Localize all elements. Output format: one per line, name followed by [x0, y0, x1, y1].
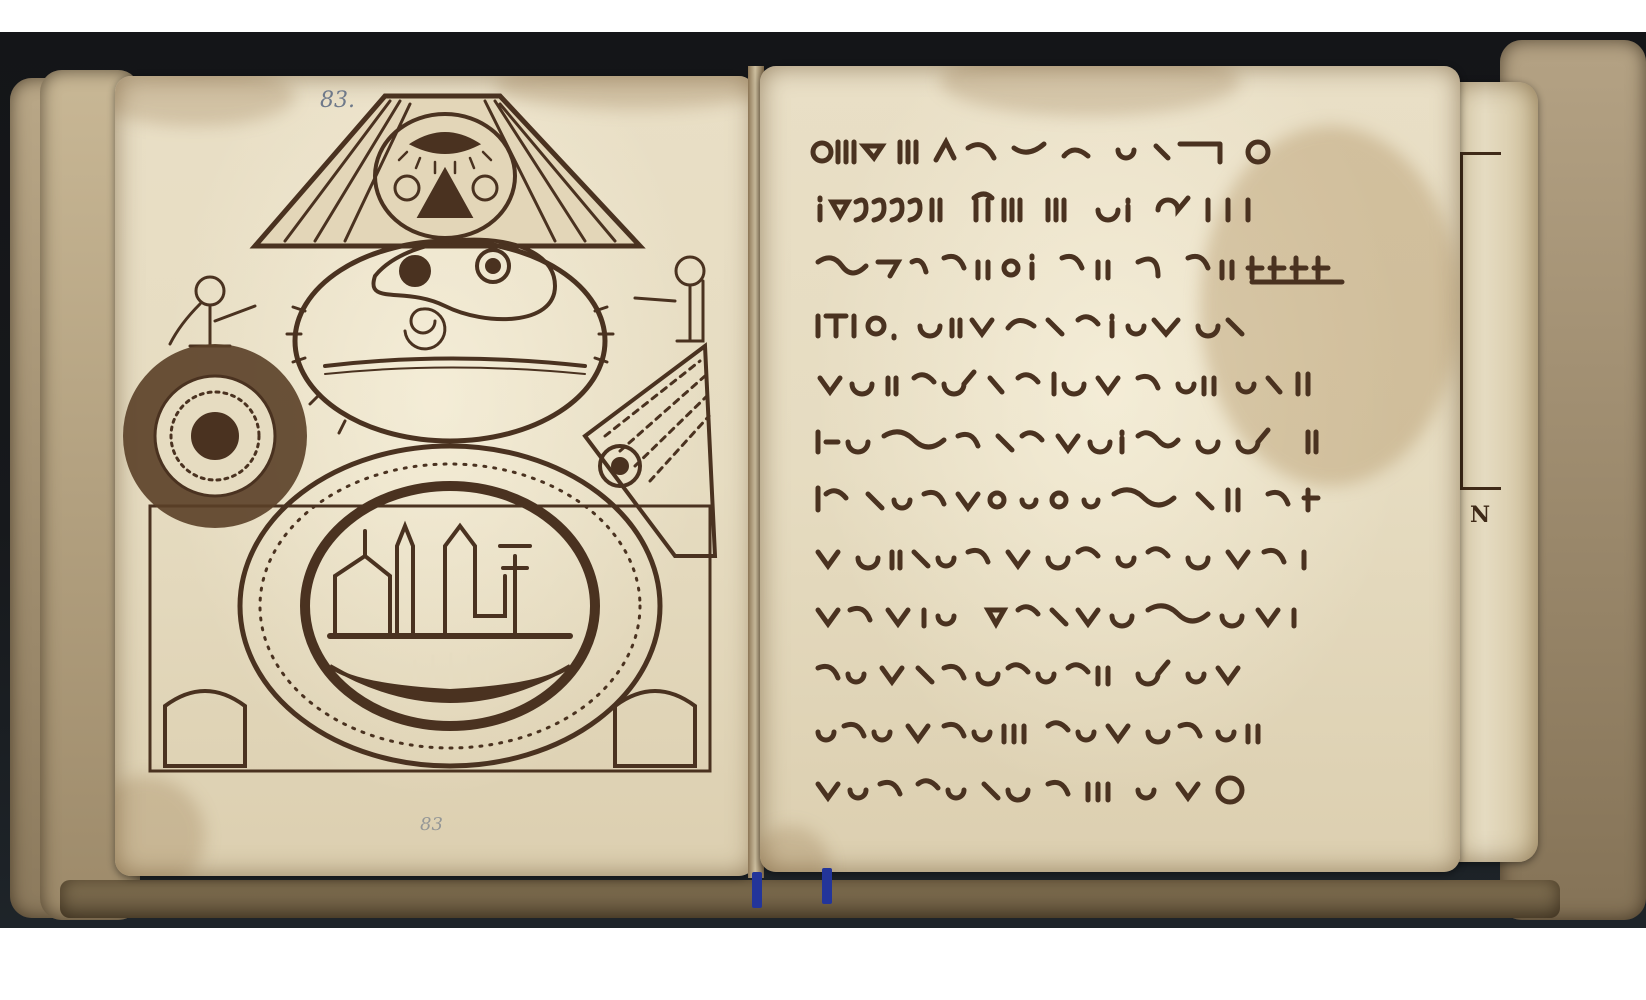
binding-thread: [822, 868, 832, 904]
cipher-line: [808, 416, 1368, 474]
corner-panel-right: [615, 691, 695, 766]
cipher-line: [808, 764, 1368, 822]
figure-left-icon: [170, 277, 255, 346]
cipher-line: [808, 184, 1368, 242]
canopy-with-eye-icon: [255, 96, 640, 246]
underlying-page-sliver: N: [1450, 82, 1538, 862]
cipher-line: [808, 242, 1368, 300]
cipher-line: [808, 358, 1368, 416]
oval-with-sun-and-spiral-icon: [287, 240, 613, 441]
water-stain: [940, 66, 1240, 116]
cipher-line: [808, 706, 1368, 764]
figure-right-icon: [635, 257, 704, 341]
margin-glyph: N: [1470, 502, 1490, 528]
sun-disc-left-icon: [123, 344, 307, 528]
illustration: [115, 76, 755, 876]
corner-panel-left: [165, 691, 245, 766]
town-roundel-icon: [240, 446, 660, 766]
cipher-line: [808, 590, 1368, 648]
cipher-text-block: [808, 126, 1368, 822]
cipher-line: [808, 126, 1368, 184]
margin-frame: [1460, 152, 1501, 490]
cipher-line: [808, 474, 1368, 532]
right-page: [760, 66, 1460, 872]
cipher-line: [808, 300, 1368, 358]
page-stack-bottom: [60, 880, 1560, 918]
cipher-line: [808, 648, 1368, 706]
water-stain: [760, 826, 830, 872]
binding-thread: [752, 872, 762, 908]
left-page: 83. 83: [115, 76, 755, 876]
cipher-line: [808, 532, 1368, 590]
